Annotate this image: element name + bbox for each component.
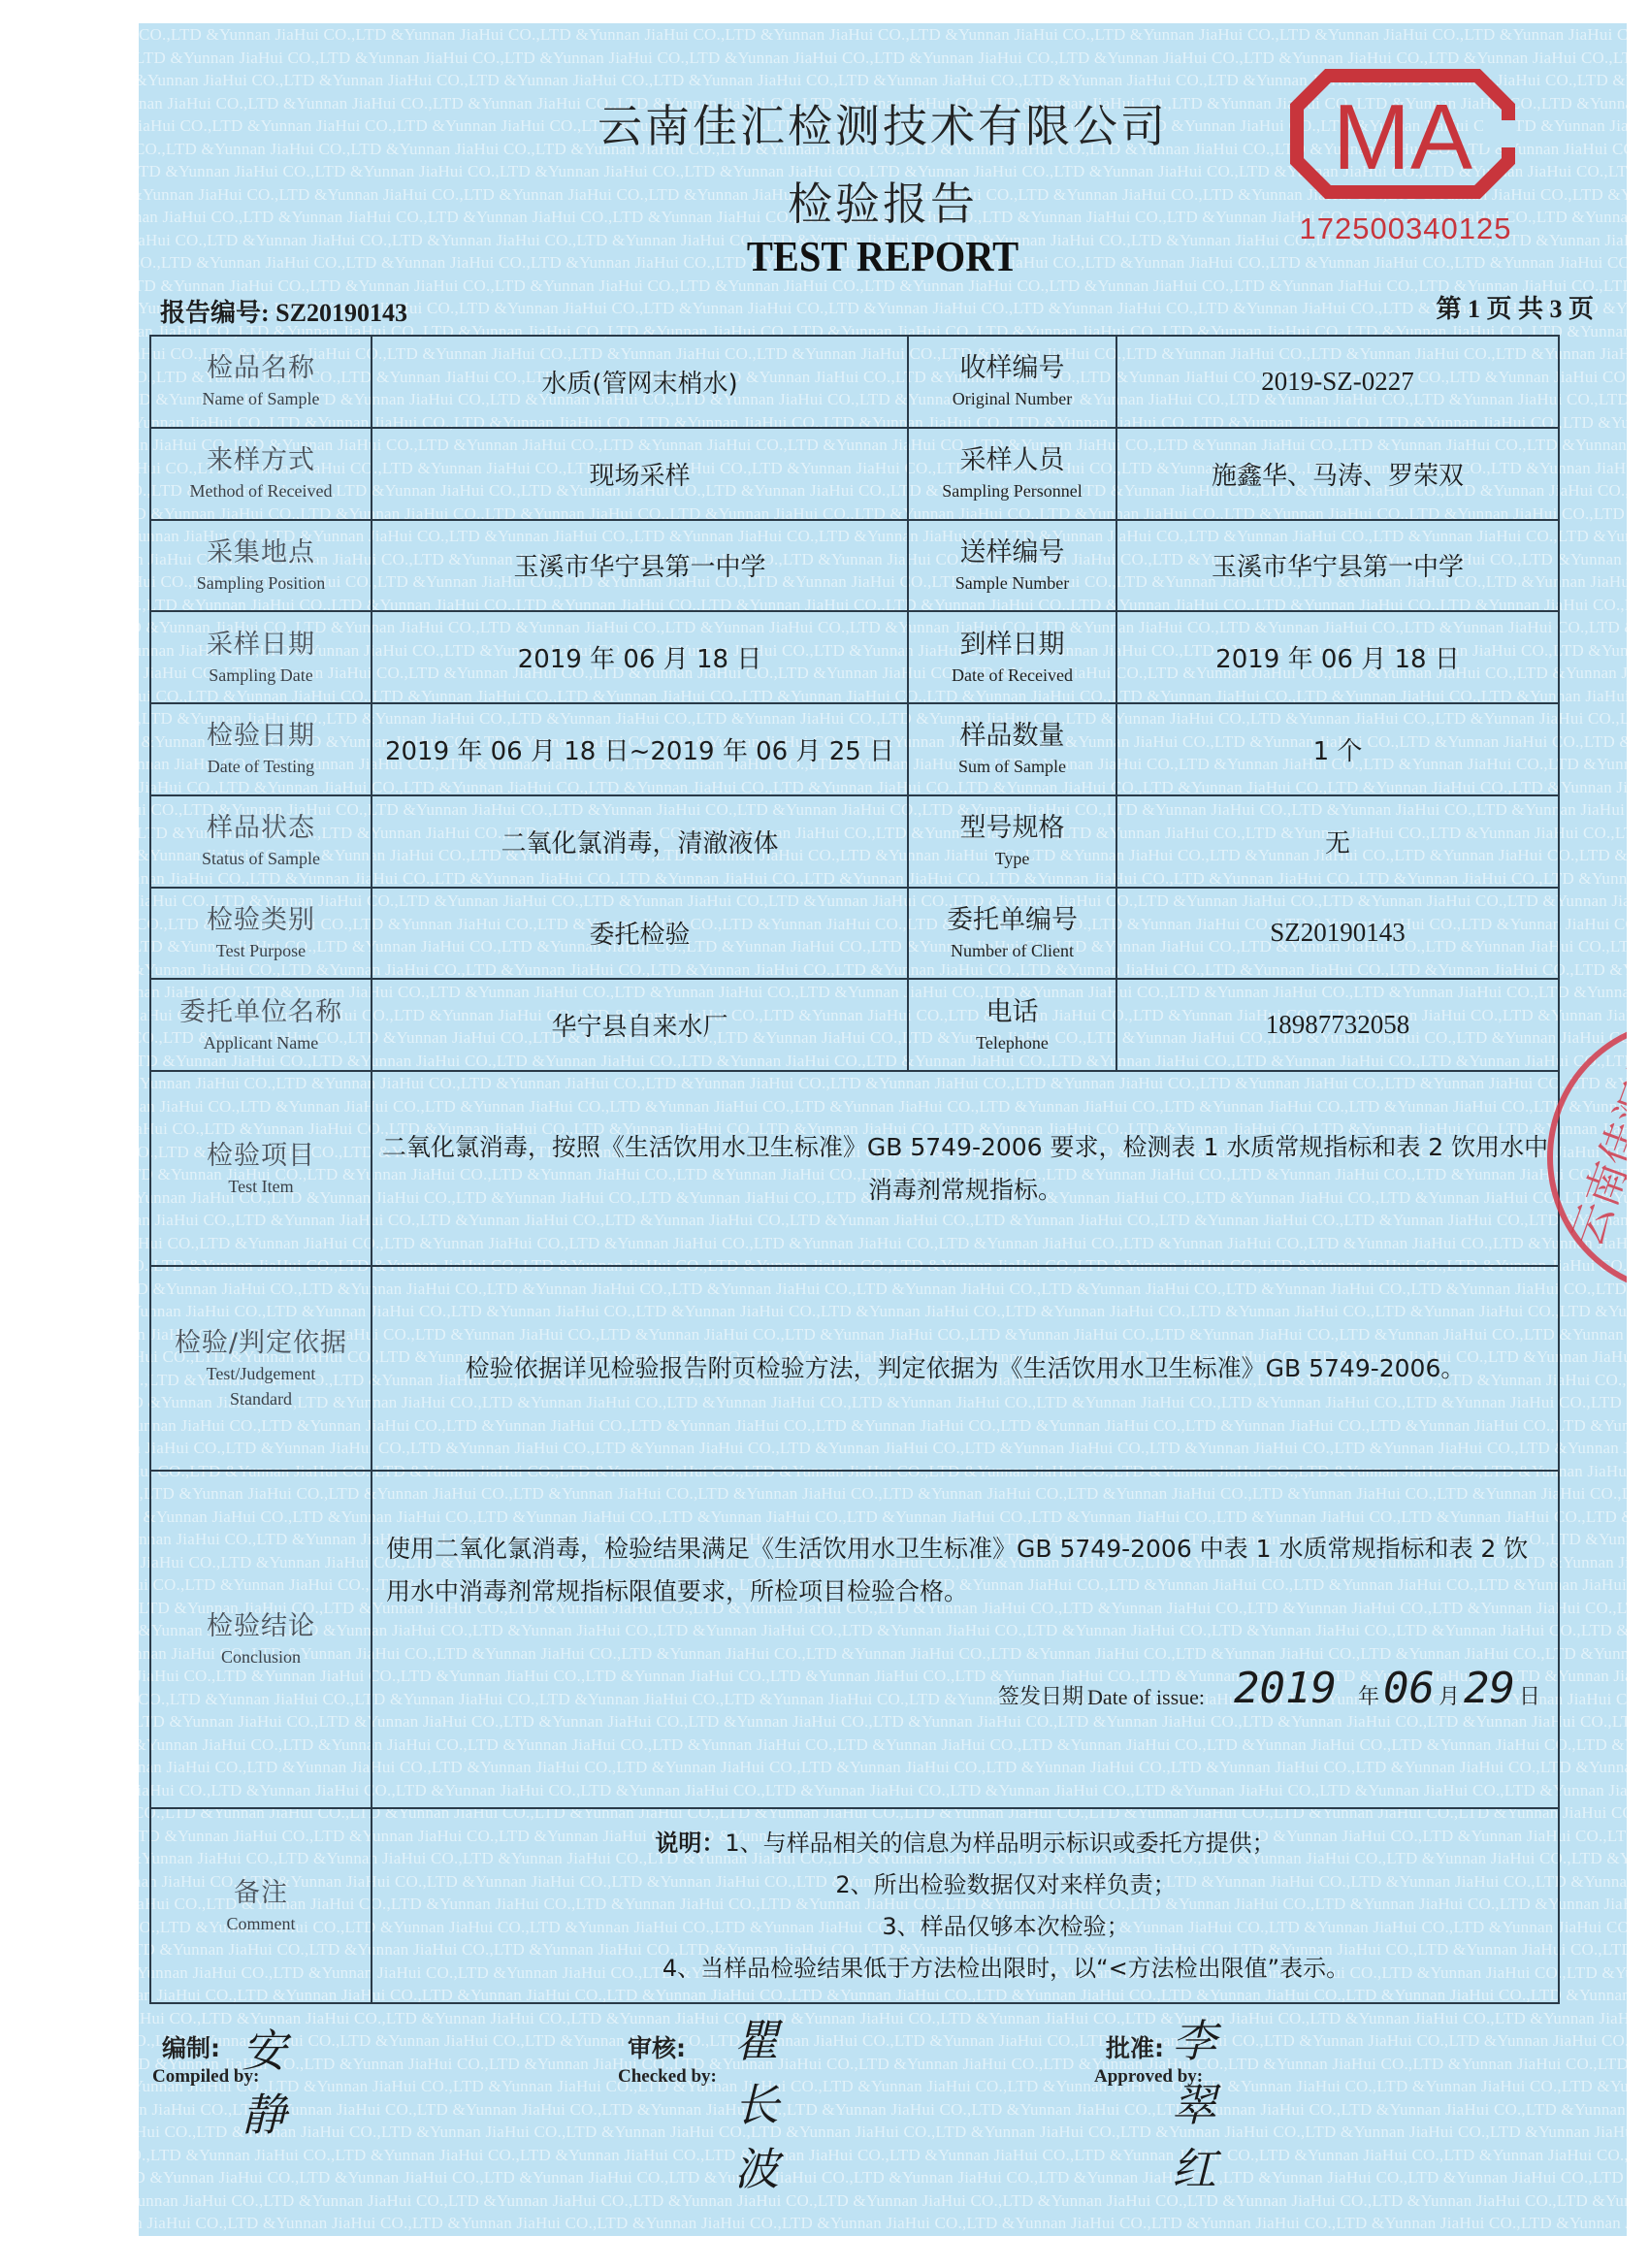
issue-month: 06	[1383, 1668, 1435, 1710]
report-number-value: SZ20190143	[275, 299, 407, 327]
svg-text:云南佳汇检测: 云南佳汇检测	[1562, 1007, 1627, 1253]
issue-month-unit: 月	[1439, 1680, 1460, 1710]
field-value: 华宁县自来水厂	[372, 979, 908, 1071]
checked-signature: 瞿长波	[734, 2006, 779, 2198]
field-value: 2019 年 06 月 18 日	[372, 611, 908, 703]
field-label: 检验日期Date of Testing	[150, 703, 372, 795]
field-label: 采集地点Sampling Position	[150, 520, 372, 612]
field-value: 玉溪市华宁县第一中学	[1116, 520, 1559, 612]
field-value: 玉溪市华宁县第一中学	[372, 520, 908, 612]
info-row: 采集地点Sampling Position玉溪市华宁县第一中学送样编号Sampl…	[150, 520, 1559, 612]
comment-item: 4、当样品检验结果低于方法检出限时，以“<方法检出限值”表示。	[372, 1948, 1558, 1990]
approved-signature: 李翠红	[1172, 2006, 1216, 2198]
field-value: 2019-SZ-0227	[1116, 336, 1559, 428]
field-label: 送样编号Sample Number	[908, 520, 1116, 612]
info-row: 检验日期Date of Testing2019 年 06 月 18 日~2019…	[150, 703, 1559, 795]
field-label: 采样人员Sampling Personnel	[908, 428, 1116, 520]
issue-date: 签发日期 Date of issue: 2019 年 06 月 29 日	[998, 1668, 1540, 1710]
info-row: 来样方式Method of Received现场采样采样人员Sampling P…	[150, 428, 1559, 520]
issue-day: 29	[1464, 1668, 1515, 1710]
conclusion-cell: 使用二氧化氯消毒，检验结果满足《生活饮用水卫生标准》GB 5749-2006 中…	[372, 1471, 1559, 1808]
company-seal-icon: 云南佳汇检测	[1492, 1007, 1627, 1308]
cma-logo-icon: MA	[1289, 68, 1516, 200]
field-value: 1 个	[1116, 703, 1559, 795]
info-row: 检品名称Name of Sample水质(管网末梢水)收样编号Original …	[150, 336, 1559, 428]
comment-item: 2、所出检验数据仅对来样负责；	[372, 1864, 1558, 1906]
approved-by: 批准: Approved by: 李翠红	[1094, 2029, 1203, 2088]
info-row: 样品状态Status of Sample二氧化氯消毒，清澈液体型号规格Type无	[150, 795, 1559, 888]
field-label: 采样日期Sampling Date	[150, 611, 372, 703]
info-row: 检验类别Test Purpose委托检验委托单编号Number of Clien…	[150, 888, 1559, 980]
field-value: SZ20190143	[1116, 888, 1559, 980]
compiled-by: 编制: Compiled by: 安静	[152, 2029, 259, 2088]
test-item-row: 检验项目 Test Item 二氧化氯消毒，按照《生活饮用水卫生标准》GB 57…	[150, 1071, 1559, 1266]
issue-day-unit: 日	[1519, 1680, 1540, 1710]
field-value: 现场采样	[372, 428, 908, 520]
issue-date-label-en: Date of issue:	[1087, 1685, 1205, 1710]
compiled-signature: 安静	[242, 2016, 286, 2144]
comment-row: 备注 Comment 说明：1、与样品相关的信息为样品明示标识或委托方提供； 2…	[150, 1808, 1559, 2003]
standard-label: 检验/判定依据 Test/Judgement Standard	[150, 1266, 372, 1471]
checked-by: 审核: Checked by: 瞿长波	[618, 2029, 717, 2088]
field-label: 检验类别Test Purpose	[150, 888, 372, 980]
svg-text:MA: MA	[1333, 85, 1472, 189]
field-value: 二氧化氯消毒，清澈液体	[372, 795, 908, 888]
comment-item: 说明：1、与样品相关的信息为样品明示标识或委托方提供；	[372, 1823, 1558, 1864]
issue-year-unit: 年	[1358, 1680, 1379, 1710]
field-label: 型号规格Type	[908, 795, 1116, 888]
conclusion-text: 使用二氧化氯消毒，检验结果满足《生活饮用水卫生标准》GB 5749-2006 中…	[372, 1528, 1558, 1613]
issue-year: 2019	[1234, 1668, 1337, 1710]
report-number-label: 报告编号:	[160, 299, 270, 327]
field-value: 水质(管网末梢水)	[372, 336, 908, 428]
field-label: 检品名称Name of Sample	[150, 336, 372, 428]
standard-text: 检验依据详见检验报告附页检验方法，判定依据为《生活饮用水卫生标准》GB 5749…	[372, 1266, 1559, 1471]
comment-item: 3、样品仅够本次检验；	[372, 1906, 1558, 1948]
report-table: 检品名称Name of Sample水质(管网末梢水)收样编号Original …	[149, 335, 1560, 2004]
field-value: 施鑫华、马涛、罗荣双	[1116, 428, 1559, 520]
info-row: 采样日期Sampling Date2019 年 06 月 18 日到样日期Dat…	[150, 611, 1559, 703]
info-row: 委托单位名称Applicant Name华宁县自来水厂电话Telephone18…	[150, 979, 1559, 1071]
cma-certificate-number: 172500340125	[1289, 211, 1522, 246]
field-label: 委托单位名称Applicant Name	[150, 979, 372, 1071]
conclusion-label: 检验结论 Conclusion	[150, 1471, 372, 1808]
field-value: 2019 年 06 月 18 日~2019 年 06 月 25 日	[372, 703, 908, 795]
conclusion-row: 检验结论 Conclusion 使用二氧化氯消毒，检验结果满足《生活饮用水卫生标…	[150, 1471, 1559, 1808]
issue-date-label-cn: 签发日期	[998, 1680, 1083, 1710]
report-paper: CO.,LTD &Yunnan JiaHui CO.,LTD &Yunnan J…	[139, 23, 1627, 2236]
field-value: 2019 年 06 月 18 日	[1116, 611, 1559, 703]
field-label: 收样编号Original Number	[908, 336, 1116, 428]
test-item-label: 检验项目 Test Item	[150, 1071, 372, 1266]
test-item-text: 二氧化氯消毒，按照《生活饮用水卫生标准》GB 5749-2006 要求，检测表 …	[372, 1071, 1559, 1266]
standard-row: 检验/判定依据 Test/Judgement Standard 检验依据详见检验…	[150, 1266, 1559, 1471]
field-value: 无	[1116, 795, 1559, 888]
field-label: 委托单编号Number of Client	[908, 888, 1116, 980]
comment-cell: 说明：1、与样品相关的信息为样品明示标识或委托方提供； 2、所出检验数据仅对来样…	[372, 1808, 1559, 2003]
field-label: 来样方式Method of Received	[150, 428, 372, 520]
field-value: 委托检验	[372, 888, 908, 980]
comment-label: 备注 Comment	[150, 1808, 372, 2003]
field-label: 样品数量Sum of Sample	[908, 703, 1116, 795]
field-label: 电话Telephone	[908, 979, 1116, 1071]
field-label: 样品状态Status of Sample	[150, 795, 372, 888]
report-number: 报告编号: SZ20190143	[160, 293, 407, 329]
page-indicator: 第 1 页 共 3 页	[1436, 289, 1594, 325]
field-label: 到样日期Date of Received	[908, 611, 1116, 703]
